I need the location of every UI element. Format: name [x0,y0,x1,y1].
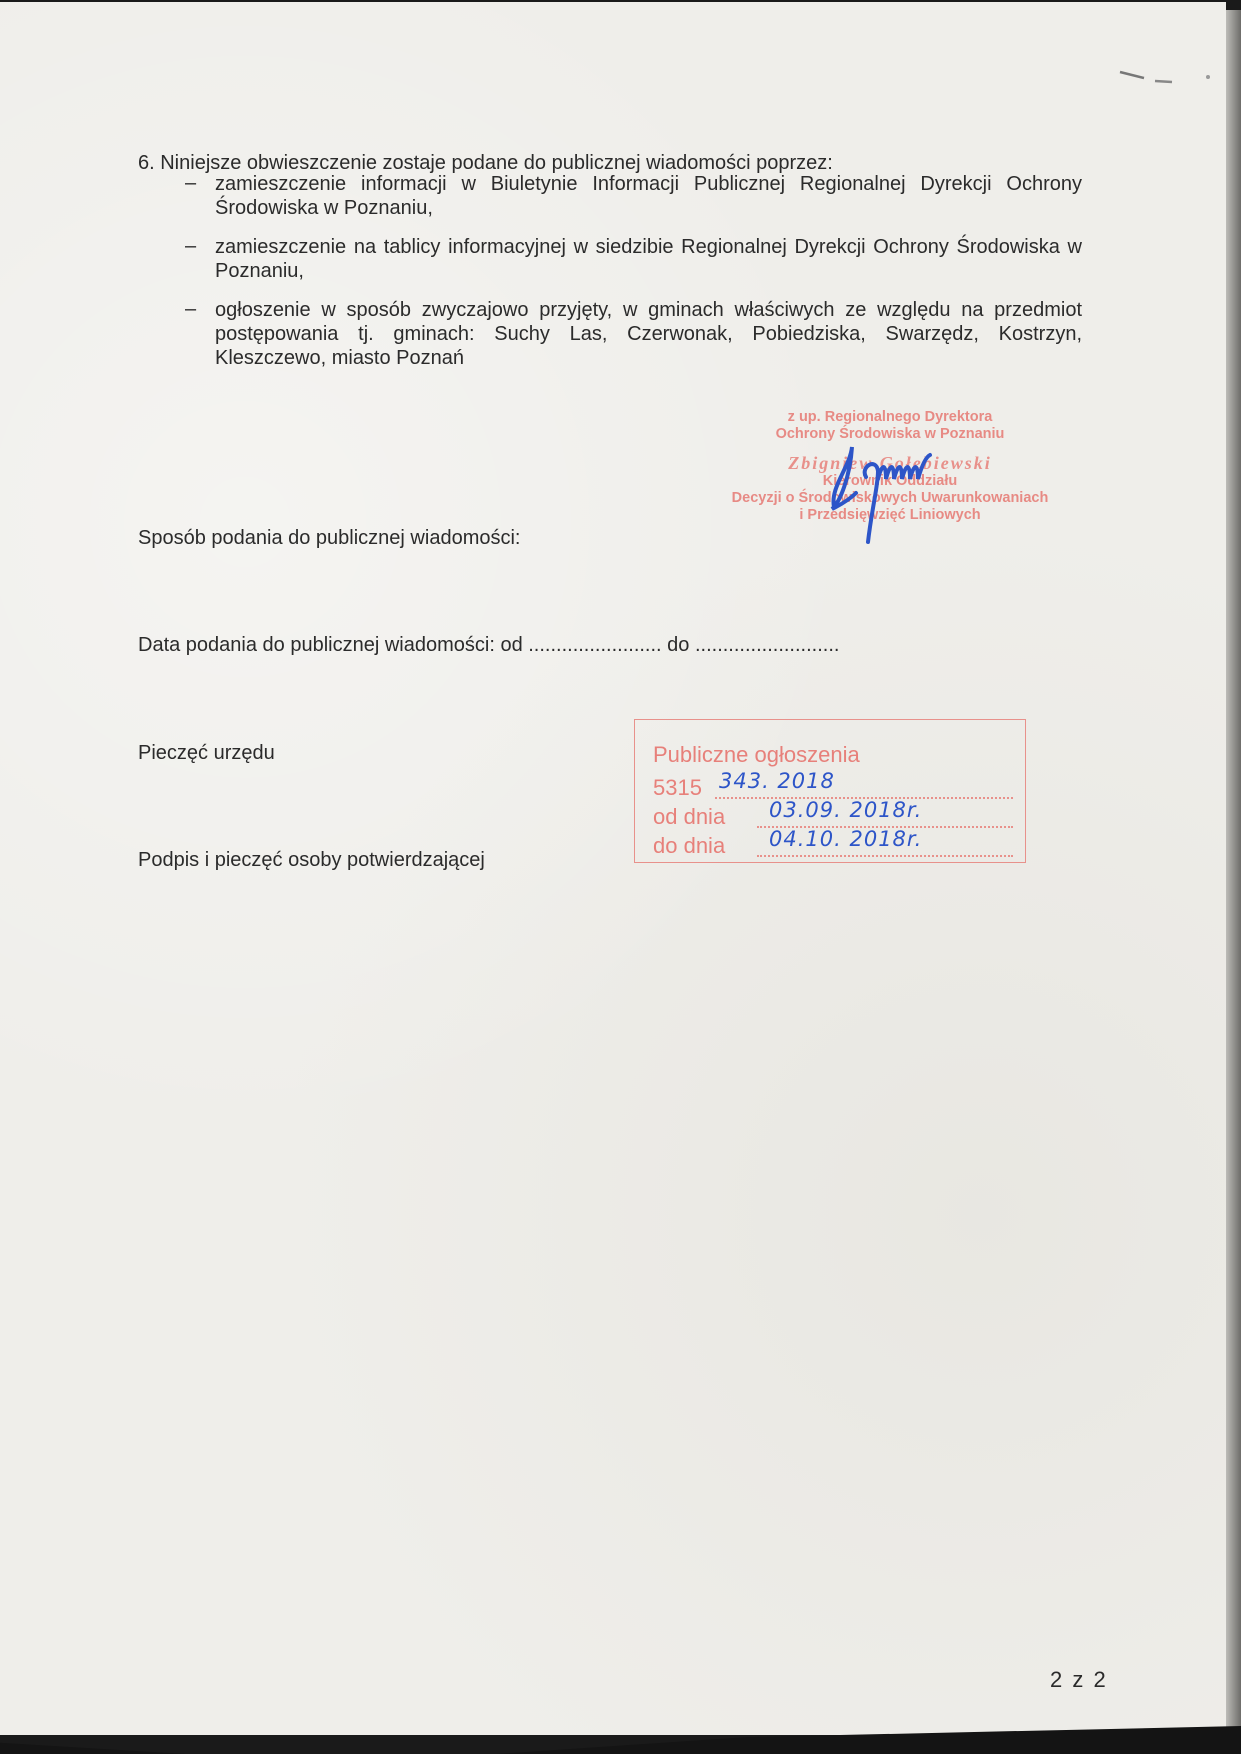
stamp-to-label: do dnia [653,833,725,858]
stamp-title: Publiczne ogłoszenia [653,742,860,768]
scan-edge-strip [1226,10,1241,1740]
publication-date-label: Data podania do publicznej wiadomości: o… [138,634,839,657]
stamp-line-1: z up. Regionalnego Dyrektora [690,409,1090,426]
bullet-dash: – [185,235,196,258]
stamp-to-row: do dnia 04.10. 2018r. [653,833,1013,859]
signature-label: Podpis i pieczęć osoby potwierdzającej [138,849,485,872]
handwritten-signature-icon [820,427,980,547]
handwritten-to-date: 04.10. 2018r. [769,827,922,851]
document-page: 6. Niniejsze obwieszczenie zostaje podan… [0,2,1226,1735]
bullet-dash: – [185,298,196,321]
bullet-text: ogłoszenie w sposób zwyczajowo przyjęty,… [215,298,1082,370]
stamp-number-prefix: 5315 [653,775,702,800]
page-number: 2 z 2 [1050,1667,1108,1693]
handwritten-number: 343. 2018 [719,769,835,793]
publication-method-label: Sposób podania do publicznej wiadomości: [138,527,520,550]
stamp-from-label: od dnia [653,804,725,829]
dotted-line [757,855,1013,857]
office-stamp-label: Pieczęć urzędu [138,742,275,765]
bullet-dash: – [185,172,196,195]
bullet-text: zamieszczenie na tablicy informacyjnej w… [215,235,1082,283]
handwritten-from-date: 03.09. 2018r. [769,798,922,822]
public-notice-stamp: Publiczne ogłoszenia 5315 343. 2018 od d… [634,719,1026,863]
bullet-text: zamieszczenie informacji w Biuletynie In… [215,172,1082,220]
staple-marks-icon [1110,62,1220,102]
